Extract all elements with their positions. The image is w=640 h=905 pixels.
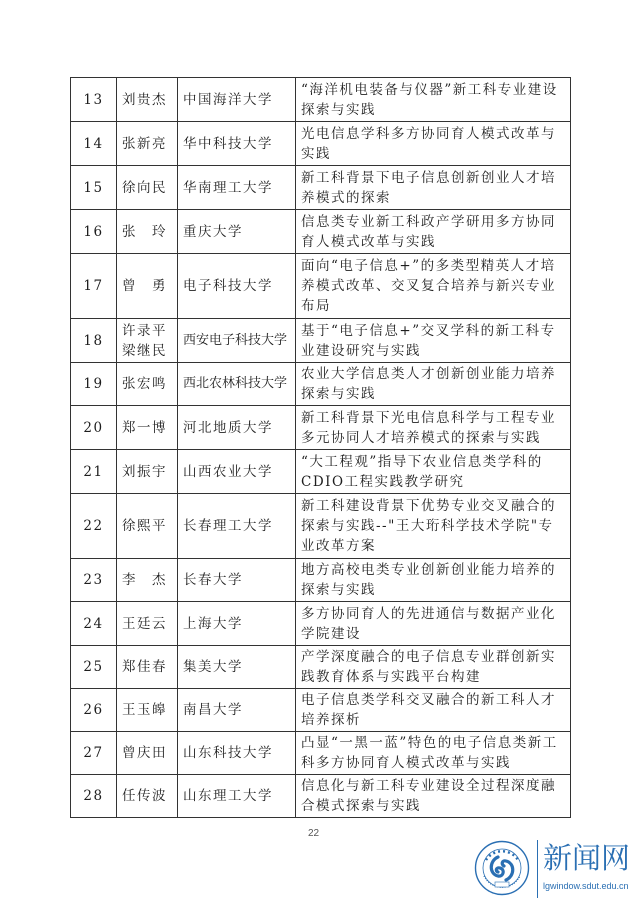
table-row: 14 张新亮 华中科技大学 光电信息学科多方协同育人模式改革与实践 (71, 122, 571, 166)
table-row: 19 张宏鸣 西北农林科技大学 农业大学信息类人才创新创业能力培养探索与实践 (71, 363, 571, 406)
project-title: 电子信息类学科交叉融合的新工科人才培养探析 (296, 689, 571, 732)
row-number: 28 (71, 775, 117, 818)
table-row: 23 李 杰 长春大学 地方高校电类专业创新创业能力培养的探索与实践 (71, 559, 571, 602)
table-row: 13 刘贵杰 中国海洋大学 “海洋机电装备与仪器”新工科专业建设探索与实践 (71, 78, 571, 122)
recipient-name-line: 张宏鸣 (122, 374, 172, 394)
project-title: 产学深度融合的电子信息专业群创新实践教育体系与实践平台构建 (296, 646, 571, 689)
project-title: 地方高校电类专业创新创业能力培养的探索与实践 (296, 559, 571, 602)
document-page: 13 刘贵杰 中国海洋大学 “海洋机电装备与仪器”新工科专业建设探索与实践 14… (0, 0, 640, 905)
row-number: 24 (71, 602, 117, 646)
recipient-name: 刘贵杰 (117, 78, 178, 122)
university-name: 西安电子科技大学 (178, 319, 296, 363)
recipient-name-line: 郑一博 (122, 418, 172, 438)
row-number: 20 (71, 406, 117, 450)
project-title: 新工科背景下电子信息创新创业人才培养模式的探索 (296, 166, 571, 210)
table-row: 20 郑一博 河北地质大学 新工科背景下光电信息科学与工程专业多元协同人才培养模… (71, 406, 571, 450)
recipient-name-line: 王廷云 (122, 614, 172, 634)
table-row: 27 曾庆田 山东科技大学 凸显“一黑一蓝”特色的电子信息类新工科多方协同育人模… (71, 732, 571, 775)
recipient-name: 曾庆田 (117, 732, 178, 775)
university-name: 电子科技大学 (178, 254, 296, 319)
row-number: 17 (71, 254, 117, 319)
project-title: “大工程观”指导下农业信息类学科的CDIO工程实践教学研究 (296, 450, 571, 494)
news-site-watermark: 新闻网 lgwindow.sdut.edu.cn (474, 838, 640, 900)
recipient-name-line: 许录平 (122, 321, 172, 341)
recipient-name: 许录平梁继民 (117, 319, 178, 363)
project-title: 新工科背景下光电信息科学与工程专业多元协同人才培养模式的探索与实践 (296, 406, 571, 450)
recipient-name: 任传波 (117, 775, 178, 818)
recipient-name: 郑佳春 (117, 646, 178, 689)
row-number: 18 (71, 319, 117, 363)
project-title: 农业大学信息类人才创新创业能力培养探索与实践 (296, 363, 571, 406)
project-title: 信息化与新工科专业建设全过程深度融合模式探索与实践 (296, 775, 571, 818)
recipient-name-line: 曾庆田 (122, 743, 172, 763)
watermark-title: 新闻网 (543, 842, 630, 874)
project-title: 基于“电子信息+”交叉学科的新工科专业建设研究与实践 (296, 319, 571, 363)
recipient-name: 徐熙平 (117, 494, 178, 559)
table-row: 21 刘振宇 山西农业大学 “大工程观”指导下农业信息类学科的CDIO工程实践教… (71, 450, 571, 494)
recipient-name: 李 杰 (117, 559, 178, 602)
project-title: 光电信息学科多方协同育人模式改革与实践 (296, 122, 571, 166)
recipient-name: 王玉皞 (117, 689, 178, 732)
row-number: 13 (71, 78, 117, 122)
university-name: 河北地质大学 (178, 406, 296, 450)
table-row: 15 徐向民 华南理工大学 新工科背景下电子信息创新创业人才培养模式的探索 (71, 166, 571, 210)
recipient-name: 张新亮 (117, 122, 178, 166)
table-row: 24 王廷云 上海大学 多方协同育人的先进通信与数据产业化学院建设 (71, 602, 571, 646)
table-row: 26 王玉皞 南昌大学 电子信息类学科交叉融合的新工科人才培养探析 (71, 689, 571, 732)
project-title: “海洋机电装备与仪器”新工科专业建设探索与实践 (296, 78, 571, 122)
university-name: 长春理工大学 (178, 494, 296, 559)
project-title: 面向“电子信息+”的多类型精英人才培养模式改革、交叉复合培养与新兴专业布局 (296, 254, 571, 319)
university-name: 上海大学 (178, 602, 296, 646)
project-title: 新工科建设背景下优势专业交叉融合的探索与实践--"王大珩科学技术学院"专业改革方… (296, 494, 571, 559)
recipient-name-line: 曾 勇 (122, 276, 172, 296)
table-body: 13 刘贵杰 中国海洋大学 “海洋机电装备与仪器”新工科专业建设探索与实践 14… (71, 78, 571, 818)
recipient-name: 张 玲 (117, 210, 178, 254)
table-row: 17 曾 勇 电子科技大学 面向“电子信息+”的多类型精英人才培养模式改革、交叉… (71, 254, 571, 319)
recipient-name: 张宏鸣 (117, 363, 178, 406)
recipient-name-line: 刘振宇 (122, 462, 172, 482)
row-number: 23 (71, 559, 117, 602)
project-title: 信息类专业新工科政产学研用多方协同育人模式改革与实践 (296, 210, 571, 254)
row-number: 21 (71, 450, 117, 494)
project-title: 多方协同育人的先进通信与数据产业化学院建设 (296, 602, 571, 646)
table-row: 16 张 玲 重庆大学 信息类专业新工科政产学研用多方协同育人模式改革与实践 (71, 210, 571, 254)
recipient-name-line: 张新亮 (122, 134, 172, 154)
recipient-name-line: 郑佳春 (122, 657, 172, 677)
university-name: 山东科技大学 (178, 732, 296, 775)
university-name: 中国海洋大学 (178, 78, 296, 122)
university-name: 山西农业大学 (178, 450, 296, 494)
recipient-name-line: 徐向民 (122, 178, 172, 198)
watermark-divider (537, 840, 538, 898)
university-name: 华南理工大学 (178, 166, 296, 210)
university-name: 西北农林科技大学 (178, 363, 296, 406)
recipient-name-line: 梁继民 (122, 341, 172, 361)
university-name: 集美大学 (178, 646, 296, 689)
recipient-name-line: 张 玲 (122, 222, 172, 242)
page-number: 22 (308, 828, 319, 839)
recipient-name-line: 王玉皞 (122, 700, 172, 720)
project-title: 凸显“一黑一蓝”特色的电子信息类新工科多方协同育人模式改革与实践 (296, 732, 571, 775)
table-row: 22 徐熙平 长春理工大学 新工科建设背景下优势专业交叉融合的探索与实践--"王… (71, 494, 571, 559)
row-number: 19 (71, 363, 117, 406)
row-number: 26 (71, 689, 117, 732)
university-name: 长春大学 (178, 559, 296, 602)
row-number: 27 (71, 732, 117, 775)
university-name: 重庆大学 (178, 210, 296, 254)
recipient-name: 郑一博 (117, 406, 178, 450)
watermark-url: lgwindow.sdut.edu.cn (543, 881, 629, 891)
recipient-name: 刘振宇 (117, 450, 178, 494)
recipient-name-line: 刘贵杰 (122, 90, 172, 110)
award-list-table: 13 刘贵杰 中国海洋大学 “海洋机电装备与仪器”新工科专业建设探索与实践 14… (70, 77, 571, 818)
row-number: 25 (71, 646, 117, 689)
table-row: 28 任传波 山东理工大学 信息化与新工科专业建设全过程深度融合模式探索与实践 (71, 775, 571, 818)
recipient-name: 王廷云 (117, 602, 178, 646)
row-number: 22 (71, 494, 117, 559)
table-row: 25 郑佳春 集美大学 产学深度融合的电子信息专业群创新实践教育体系与实践平台构… (71, 646, 571, 689)
row-number: 14 (71, 122, 117, 166)
row-number: 15 (71, 166, 117, 210)
university-name: 南昌大学 (178, 689, 296, 732)
recipient-name-line: 李 杰 (122, 570, 172, 590)
recipient-name-line: 任传波 (122, 786, 172, 806)
university-name: 华中科技大学 (178, 122, 296, 166)
recipient-name: 曾 勇 (117, 254, 178, 319)
table-row: 18 许录平梁继民 西安电子科技大学 基于“电子信息+”交叉学科的新工科专业建设… (71, 319, 571, 363)
university-seal-icon (474, 840, 530, 896)
row-number: 16 (71, 210, 117, 254)
recipient-name-line: 徐熙平 (122, 516, 172, 536)
recipient-name: 徐向民 (117, 166, 178, 210)
university-name: 山东理工大学 (178, 775, 296, 818)
